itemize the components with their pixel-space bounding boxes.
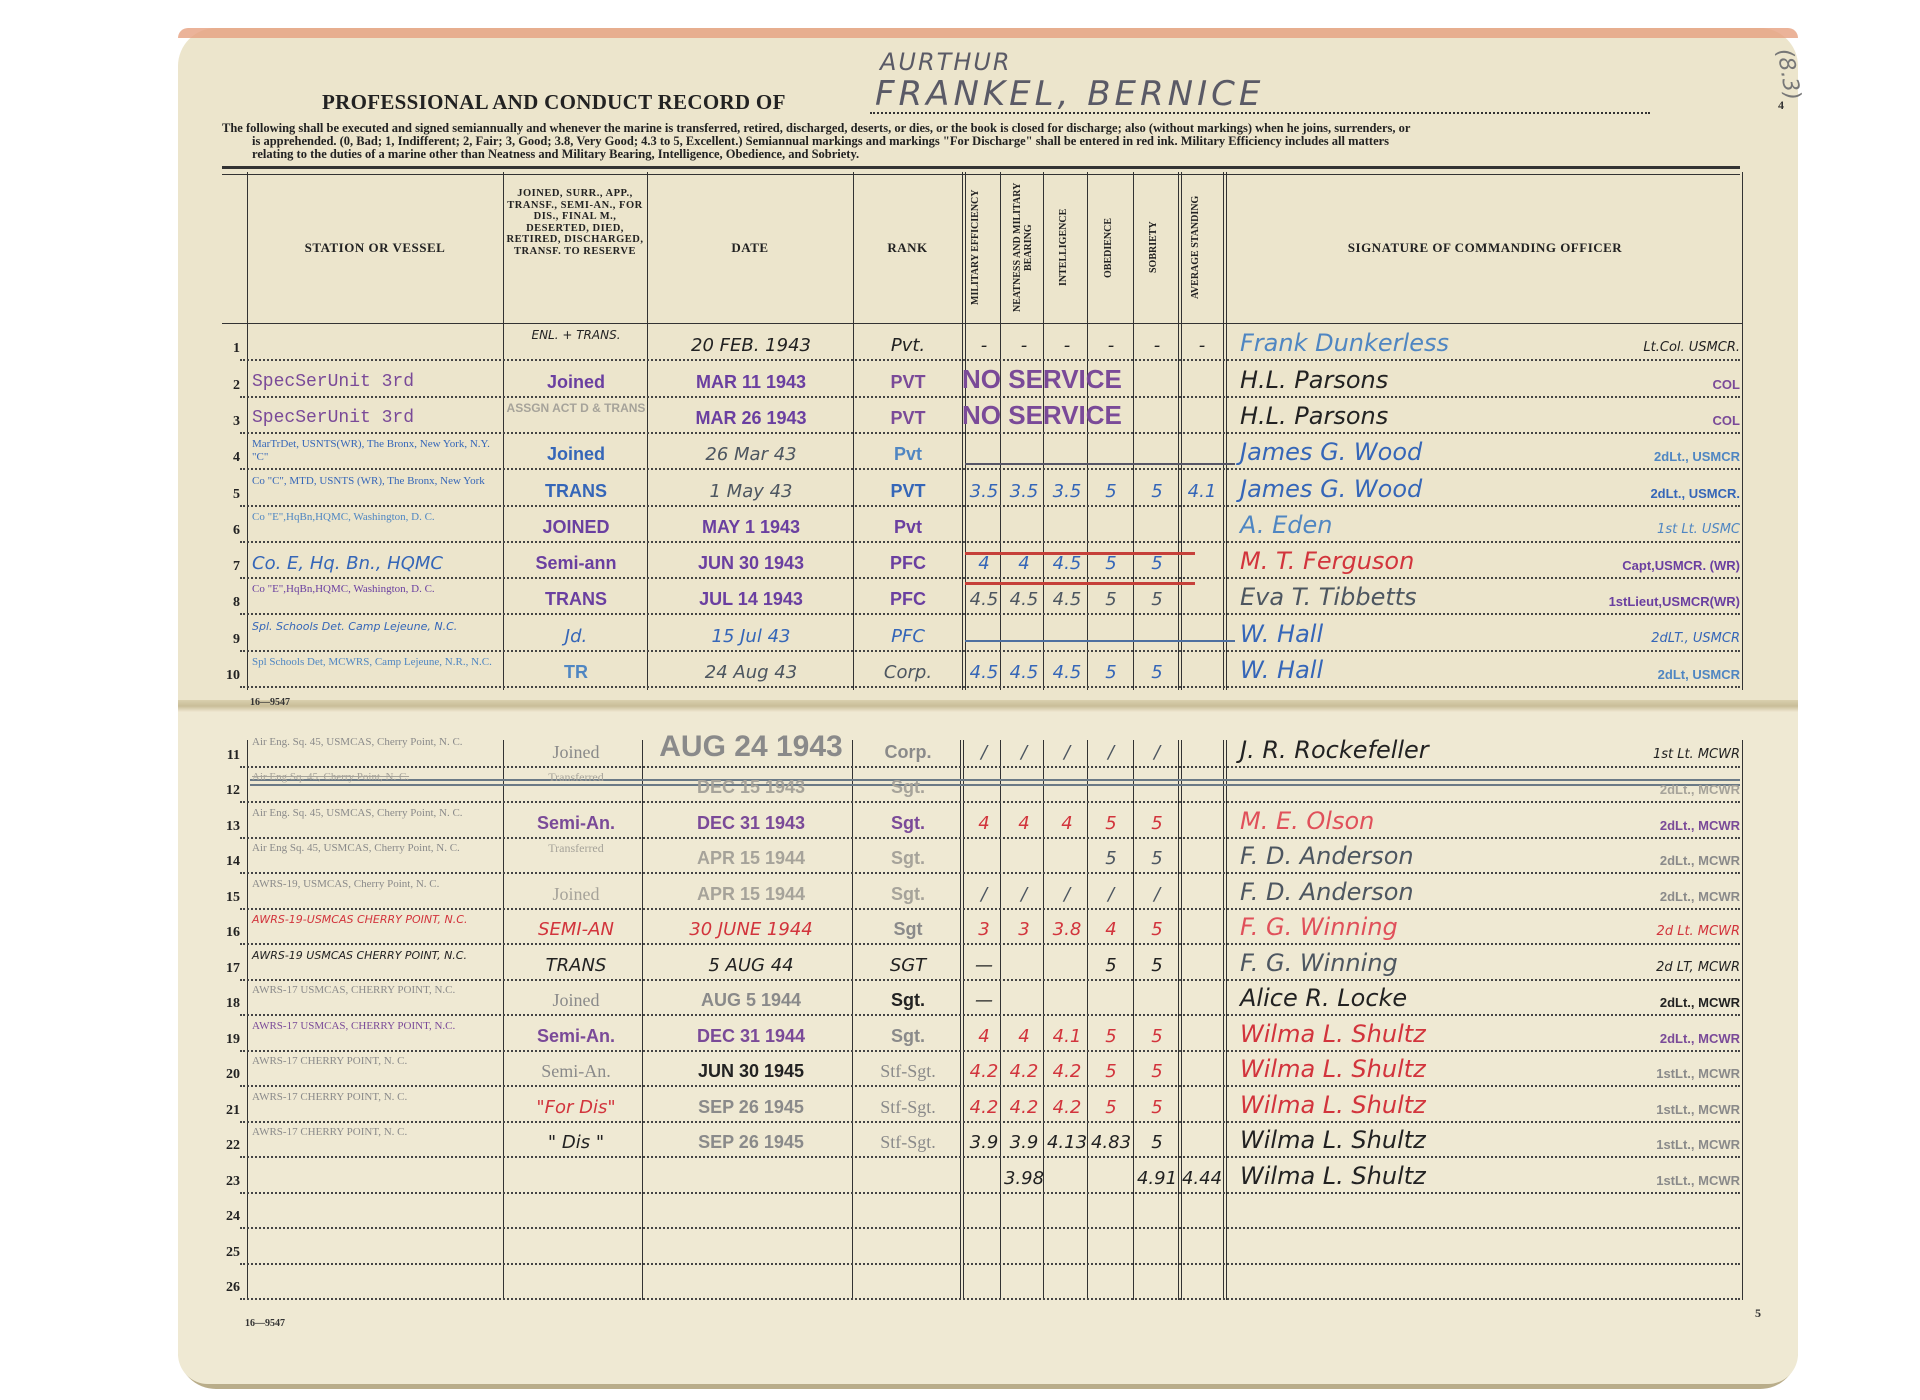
date-cell: 30 JUNE 1944 [652,919,850,940]
score-in: 4.13 [1045,1132,1089,1153]
action-cell: Joined [506,372,646,393]
row-number: 10 [216,668,240,684]
officer-signature: James G. Wood [1240,475,1570,503]
score-me: 4 [962,553,1006,574]
score-ob: 5 [1089,1061,1133,1082]
row-number: 24 [216,1209,240,1225]
col-header-average-standing: AVERAGE STANDING [1190,180,1214,315]
col-header-rank: RANK [855,240,960,256]
rank-cell: Stf-Sgt. [856,1097,960,1118]
station-cell: AWRS-19-USMCAS CHERRY POINT, N.C. [252,913,502,926]
officer-signature: Wilma L. Shultz [1240,1091,1570,1119]
row-rule [240,872,1740,874]
row-number: 1 [216,341,240,357]
row-number: 22 [216,1138,240,1154]
rank-cell: Pvt [856,444,960,465]
row-rule [240,468,1740,470]
row-number: 20 [216,1067,240,1083]
officer-title: 1stLt., MCWR [1580,1102,1740,1117]
date-cell: SEP 26 1945 [652,1132,850,1153]
officer-signature: H.L. Parsons [1240,402,1570,430]
score-so: 5 [1135,481,1179,502]
score-me: - [962,335,1006,356]
row-rule [240,979,1740,981]
page-title: PROFESSIONAL AND CONDUCT RECORD OF [322,90,786,115]
col-header-intelligence: INTELLIGENCE [1058,180,1072,315]
score-nb: 3.9 [1002,1132,1046,1153]
officer-title: 2dLt., USMCR [1580,449,1740,464]
officer-title: 1st Lt. USMC [1580,522,1740,537]
col-header-neatness: NEATNESS AND MILITARY BEARING [1012,180,1036,315]
score-so: 5 [1135,1026,1179,1047]
officer-title: COL [1580,377,1740,392]
action-cell: Transferred [506,771,646,784]
officer-signature: J. R. Rockefeller [1240,736,1570,764]
officer-title: 1st Lt. MCWR [1580,747,1740,762]
row-rule [240,505,1740,507]
station-cell: Air Eng Sq. 45, USMCAS, Cherry Point, N.… [252,842,502,855]
score-in: 3.8 [1045,919,1089,940]
date-cell: 1 May 43 [652,481,850,502]
officer-signature: F. G. Winning [1240,913,1570,941]
date-cell: 15 Jul 43 [652,626,850,647]
score-me: 4 [962,813,1006,834]
score-in: - [1045,335,1089,356]
station-cell: AWRS-17 USMCAS, CHERRY POINT, N.C. [252,1020,502,1033]
row-rule [240,396,1740,398]
row-number: 16 [216,925,240,941]
rank-cell: Stf-Sgt. [856,1132,960,1153]
rank-cell: PVT [856,372,960,393]
score-ob: - [1089,335,1133,356]
row-rule [240,1121,1740,1123]
score-so: 5 [1135,955,1179,976]
column-divider [1133,740,1134,1300]
score-ob: 5 [1089,955,1133,976]
score-me: 3.9 [962,1132,1006,1153]
row-rule [240,801,1740,803]
no-service-stamp: NO SERVICE [962,400,1232,431]
rank-cell: Sgt. [856,813,960,834]
row-number: 5 [216,487,240,503]
form-number-lower: 16—9547 [245,1318,285,1329]
officer-title: Capt,USMCR. (WR) [1580,558,1740,573]
officer-title: 1stLt., MCWR [1580,1173,1740,1188]
officer-signature: Wilma L. Shultz [1240,1055,1570,1083]
score-ob: / [1089,884,1133,905]
officer-signature: H.L. Parsons [1240,366,1570,394]
officer-title: 2dLT., USMCR [1580,631,1740,646]
score-nb: 4 [1002,1026,1046,1047]
score-in: 4.1 [1045,1026,1089,1047]
station-cell: SpecSerUnit 3rd [252,372,502,392]
officer-signature: W. Hall [1240,620,1570,648]
score-in: 4.5 [1045,589,1089,610]
score-me: 4 [962,1026,1006,1047]
row-number: 13 [216,819,240,835]
score-nb: 3 [1002,919,1046,940]
score-ob: 5 [1089,1026,1133,1047]
station-cell: SpecSerUnit 3rd [252,408,502,428]
action-cell: " Dis " [506,1132,646,1153]
book-gutter [178,700,1798,712]
date-cell: SEP 26 1945 [652,1097,850,1118]
score-nb: 4.5 [1002,589,1046,610]
station-cell: Co "C", MTD, USNTS (WR), The Bronx, New … [252,475,502,488]
score-in: / [1045,742,1089,763]
score-so: 5 [1135,1132,1179,1153]
station-cell: Co "E",HqBn,HQMC, Washington, D. C. [252,511,502,524]
score-me: 4.2 [962,1061,1006,1082]
row-rule [240,766,1740,768]
score-so: 5 [1135,919,1179,940]
rank-cell: Corp. [856,742,960,763]
officer-signature: A. Eden [1240,511,1570,539]
action-cell: TRANS [506,481,646,502]
score-ob: / [1089,742,1133,763]
row-number: 12 [216,783,240,799]
officer-title: 2d LT, MCWR [1580,960,1740,975]
page-number-upper: 4 [1778,98,1784,113]
officer-signature: F. G. Winning [1240,949,1570,977]
row-number: 25 [216,1245,240,1261]
row-number: 26 [216,1280,240,1296]
officer-signature: W. Hall [1240,656,1570,684]
form-number-upper: 16—9547 [250,697,290,708]
score-ob: 5 [1089,553,1133,574]
score-nb: - [1002,335,1046,356]
action-cell: ASSGN ACT D & TRANS [506,402,646,415]
station-cell: Air Eng Sq. 45, Cherry Point, N. C. [252,771,502,784]
rank-cell: SGT [856,955,960,976]
action-cell: TR [506,662,646,683]
row-rule [240,432,1740,434]
strike-line [250,784,1740,786]
date-cell: AUG 5 1944 [652,990,850,1011]
score-so: 5 [1135,553,1179,574]
score-me: — [962,955,1006,976]
station-cell: Air Eng. Sq. 45, USMCAS, Cherry Point, N… [252,736,502,749]
score-me: 3 [962,919,1006,940]
row-number: 3 [216,414,240,430]
officer-title: COL [1580,413,1740,428]
officer-signature: F. D. Anderson [1240,878,1570,906]
station-cell: Spl. Schools Det. Camp Lejeune, N.C. [252,620,502,633]
officer-signature: Wilma L. Shultz [1240,1162,1570,1190]
date-cell: MAY 1 1943 [652,517,850,538]
officer-title: 2d Lt. MCWR [1580,924,1740,939]
col-header-date: DATE [650,240,850,256]
rank-cell: PVT [856,408,960,429]
date-cell: DEC 31 1944 [652,1026,850,1047]
column-divider [1742,740,1743,1300]
officer-title: 1stLt., MCWR [1580,1066,1740,1081]
action-cell: ENL. + TRANS. [506,329,646,342]
station-cell: AWRS-17 USMCAS, CHERRY POINT, N.C. [252,984,502,997]
row-rule [240,908,1740,910]
score-nb: / [1002,742,1046,763]
action-cell: SEMI-AN [506,919,646,940]
officer-title: 2dLt, USMCR [1580,667,1740,682]
date-cell: 26 Mar 43 [652,444,850,465]
score-nb: 3.98 [1002,1168,1046,1189]
score-nb: / [1002,884,1046,905]
row-number: 14 [216,854,240,870]
officer-title: 2dLt., USMCR. [1580,486,1740,501]
row-number: 6 [216,523,240,539]
score-so: 5 [1135,848,1179,869]
no-service-stamp: NO SERVICE [962,364,1232,395]
station-cell: Co. E, Hq. Bn., HQMC [252,553,502,574]
rank-cell: Stf-Sgt. [856,1061,960,1082]
officer-title: 2dLt., MCWR [1580,1031,1740,1046]
arrow-line [965,463,1235,465]
col-header-military-efficiency: MILITARY EFFICIENCY [970,180,994,315]
score-ob: 5 [1089,481,1133,502]
station-cell: Air Eng. Sq. 45, USMCAS, Cherry Point, N… [252,807,502,820]
row-rule [240,837,1740,839]
officer-signature: Eva T. Tibbetts [1240,583,1570,611]
row-number: 21 [216,1103,240,1119]
action-cell: Transferred [506,842,646,855]
score-nb: 4.2 [1002,1097,1046,1118]
row-rule [240,943,1740,945]
col-header-action: JOINED, SURR., APP., TRANSF., SEMI-AN., … [505,188,645,257]
rank-cell: Sgt. [856,848,960,869]
row-rule [240,613,1740,615]
officer-title: 2dLt., MCWR [1580,995,1740,1010]
score-ob: 5 [1089,848,1133,869]
score-ob: 5 [1089,662,1133,683]
station-cell: AWRS-19 USMCAS CHERRY POINT, N.C. [252,949,502,962]
row-rule [240,1227,1740,1229]
station-cell: AWRS-17 CHERRY POINT, N. C. [252,1091,502,1104]
header-bottom-rule [222,323,1742,324]
row-number: 15 [216,890,240,906]
score-nb: 4.5 [1002,662,1046,683]
red-rule [965,582,1195,585]
officer-signature: M. E. Olson [1240,807,1570,835]
action-cell: Joined [506,884,646,905]
row-number: 23 [216,1174,240,1190]
date-cell: AUG 24 1943 [652,730,850,764]
row-number: 2 [216,378,240,394]
officer-signature: Wilma L. Shultz [1240,1126,1570,1154]
score-nb: 3.5 [1002,481,1046,502]
officer-signature: Wilma L. Shultz [1240,1020,1570,1048]
rank-cell: PVT [856,481,960,502]
column-divider [1742,172,1743,690]
score-nb: 4 [1002,553,1046,574]
score-me: 4.5 [962,662,1006,683]
row-rule [240,1085,1740,1087]
action-cell: Joined [506,990,646,1011]
score-ob: 5 [1089,813,1133,834]
officer-title: 2dLt., MCWR [1580,782,1740,797]
row-rule [240,686,1740,688]
instruction-line-3: relating to the duties of a marine other… [222,148,1742,161]
rank-cell: Corp. [856,662,960,683]
instructions: The following shall be executed and sign… [222,122,1742,161]
action-cell: Jd. [506,626,646,647]
action-cell: Semi-ann [506,553,646,574]
station-cell: AWRS-19, USMCAS, Cherry Point, N. C. [252,878,502,891]
action-cell: Joined [506,742,646,763]
date-cell: 20 FEB. 1943 [652,335,850,356]
officer-signature: F. D. Anderson [1240,842,1570,870]
column-divider [503,740,504,1300]
score-nb: 4.2 [1002,1061,1046,1082]
date-cell: APR 15 1944 [652,848,850,869]
row-number: 9 [216,632,240,648]
officer-signature: Frank Dunkerless [1240,329,1570,357]
rank-cell: Sgt. [856,884,960,905]
marine-name: FRANKEL, BERNICE [875,74,1264,114]
row-number: 4 [216,450,240,466]
station-cell: Spl Schools Det, MCWRS, Camp Lejeune, N.… [252,656,502,669]
action-cell: TRANS [506,589,646,610]
score-av: 4.1 [1180,481,1224,502]
score-me: 4.5 [962,589,1006,610]
score-me: 3.5 [962,481,1006,502]
column-divider [852,740,853,1300]
rank-cell: Sgt. [856,990,960,1011]
score-so: 5 [1135,589,1179,610]
row-number: 7 [216,559,240,575]
col-header-sobriety: SOBRIETY [1148,180,1162,315]
row-rule [240,650,1740,652]
row-rule [240,1192,1740,1194]
row-rule [240,1050,1740,1052]
row-number: 18 [216,996,240,1012]
score-so: / [1135,742,1179,763]
score-me: 4.2 [962,1097,1006,1118]
row-number: 8 [216,595,240,611]
score-so: / [1135,884,1179,905]
header-rule [222,166,1740,175]
score-in: 4 [1045,813,1089,834]
officer-title: 1stLt., MCWR [1580,1137,1740,1152]
action-cell: Semi-An. [506,1061,646,1082]
action-cell: JOINED [506,517,646,538]
officer-signature: M. T. Ferguson [1240,547,1570,575]
score-me: — [962,990,1006,1011]
score-ob: 5 [1089,589,1133,610]
station-cell: AWRS-17 CHERRY POINT, N. C. [252,1055,502,1068]
date-cell: DEC 31 1943 [652,813,850,834]
score-so: 5 [1135,813,1179,834]
date-cell: MAR 26 1943 [652,408,850,429]
rank-cell: Sgt [856,919,960,940]
action-cell: Joined [506,444,646,465]
rank-cell: PFC [856,553,960,574]
row-number: 19 [216,1032,240,1048]
score-in: 4.5 [1045,553,1089,574]
action-cell: Semi-An. [506,1026,646,1047]
date-cell: APR 15 1944 [652,884,850,905]
score-ob: 4 [1089,919,1133,940]
column-divider [1223,740,1227,1300]
score-in: 4.2 [1045,1061,1089,1082]
score-av: - [1180,335,1224,356]
score-av: 4.44 [1180,1168,1224,1189]
action-cell: TRANS [506,955,646,976]
row-rule [240,1298,1740,1300]
score-so: 5 [1135,662,1179,683]
date-cell: JUN 30 1943 [652,553,850,574]
rank-cell: Pvt [856,517,960,538]
row-rule [240,1263,1740,1265]
officer-title: 1stLieut,USMCR(WR) [1580,594,1740,609]
row-rule [240,577,1740,579]
row-rule [240,1014,1740,1016]
rank-cell: PFC [856,626,960,647]
officer-title: 2dLt., MCWR [1580,889,1740,904]
officer-title: 2dLt., MCWR [1580,818,1740,833]
rank-cell: Sgt. [856,777,960,798]
score-so: 5 [1135,1097,1179,1118]
blue-line [965,640,1235,642]
alias-handwritten: AURTHUR [880,48,1012,76]
officer-signature: Alice R. Locke [1240,984,1570,1012]
action-cell: "For Dis" [506,1097,646,1118]
station-cell: AWRS-17 CHERRY POINT, N. C. [252,1126,502,1139]
score-in: 4.5 [1045,662,1089,683]
score-ob: 5 [1089,1097,1133,1118]
action-cell: Semi-An. [506,813,646,834]
rank-cell: Pvt. [856,335,960,356]
col-header-station: STATION OR VESSEL [250,240,500,256]
score-in: 3.5 [1045,481,1089,502]
date-cell: JUL 14 1943 [652,589,850,610]
score-ob: 4.83 [1089,1132,1133,1153]
column-divider [247,740,248,1300]
score-so: - [1135,335,1179,356]
page-number-lower: 5 [1755,1306,1761,1321]
score-me: / [962,884,1006,905]
col-header-obedience: OBEDIENCE [1103,180,1117,315]
row-number: 17 [216,961,240,977]
rank-cell: Sgt. [856,1026,960,1047]
row-rule [240,541,1740,543]
row-rule [240,1156,1740,1158]
date-cell: DEC 15 1943 [652,777,850,798]
col-header-signature: SIGNATURE OF COMMANDING OFFICER [1235,240,1735,256]
rank-cell: PFC [856,589,960,610]
officer-title: Lt.Col. USMCR. [1580,340,1740,355]
date-cell: 24 Aug 43 [652,662,850,683]
row-rule [240,359,1740,361]
station-cell: MarTrDet, USNTS(WR), The Bronx, New York… [252,438,502,464]
score-me: / [962,742,1006,763]
row-number: 11 [216,748,240,764]
station-cell: Co "E",HqBn,HQMC, Washington, D. C. [252,583,502,596]
date-cell: 5 AUG 44 [652,955,850,976]
officer-signature: James G. Wood [1240,438,1570,466]
date-cell: MAR 11 1943 [652,372,850,393]
date-cell: JUN 30 1945 [652,1061,850,1082]
score-so: 5 [1135,1061,1179,1082]
officer-title: 2dLt., MCWR [1580,853,1740,868]
score-nb: 4 [1002,813,1046,834]
score-in: 4.2 [1045,1097,1089,1118]
score-in: / [1045,884,1089,905]
score-so: 4.91 [1135,1168,1179,1189]
